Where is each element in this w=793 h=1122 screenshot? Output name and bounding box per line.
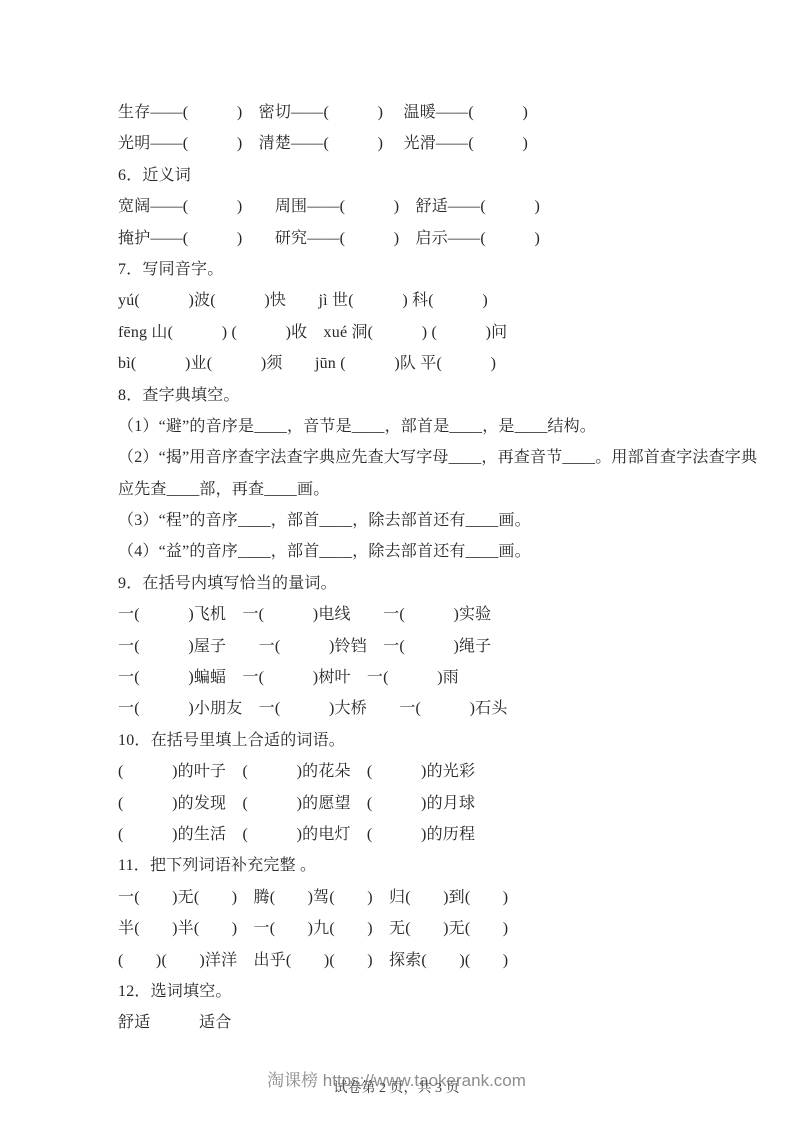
synonym-row: 宽阔——( ) 周围——( ) 舒适——( ) — [118, 191, 718, 222]
measure-word-row: 一( )飞机 一( )电线 一( )实验 — [118, 599, 718, 630]
question-11-idioms: 11．把下列词语补充完整 。 一( )无( ) 腾( )驾( ) 归( )到( … — [118, 850, 718, 976]
dictionary-item: （3）“程”的音序____，部首____，除去部首还有____画。 — [118, 505, 718, 536]
question-header: 11．把下列词语补充完整 。 — [118, 850, 718, 881]
question-header: 12．选词填空。 — [118, 976, 718, 1007]
question-7-homophones: 7．写同音字。 yú( )波( )快 jì 世( ) 科( ) fēng 山( … — [118, 254, 718, 380]
page-indicator: 试卷第 2 页，共 3 页 — [0, 1077, 793, 1097]
question-10-phrases: 10．在括号里填上合适的词语。 ( )的叶子 ( )的花朵 ( )的光彩 ( )… — [118, 725, 718, 851]
antonym-row: 生存——( ) 密切——( ) 温暖——( ) — [118, 97, 718, 128]
word-bank-row: 舒适 适合 — [118, 1007, 718, 1038]
dictionary-item: （1）“避”的音序是____，音节是____，部首是____，是____结构。 — [118, 411, 718, 442]
question-5-antonyms: 生存——( ) 密切——( ) 温暖——( ) 光明——( ) 清楚——( ) … — [118, 97, 718, 160]
question-8-dictionary: 8．查字典填空。 （1）“避”的音序是____，音节是____，部首是____，… — [118, 380, 718, 568]
dictionary-item: （4）“益”的音序____，部首____，除去部首还有____画。 — [118, 536, 718, 567]
homophone-row: bì( )业( )须 jūn ( )队 平( ) — [118, 348, 718, 379]
question-header: 8．查字典填空。 — [118, 380, 718, 411]
question-12-word-choice: 12．选词填空。 舒适 适合 — [118, 976, 718, 1039]
synonym-row: 掩护——( ) 研究——( ) 启示——( ) — [118, 223, 718, 254]
dictionary-item: （2）“揭”用音序查字法查字典应先查大写字母____，再查音节____。用部首查… — [118, 442, 718, 473]
homophone-row: yú( )波( )快 jì 世( ) 科( ) — [118, 285, 718, 316]
antonym-row: 光明——( ) 清楚——( ) 光滑——( ) — [118, 128, 718, 159]
question-9-measure-words: 9．在括号内填写恰当的量词。 一( )飞机 一( )电线 一( )实验 一( )… — [118, 568, 718, 725]
idiom-row: ( )( )洋洋 出乎( )( ) 探索( )( ) — [118, 945, 718, 976]
question-header: 9．在括号内填写恰当的量词。 — [118, 568, 718, 599]
question-header: 7．写同音字。 — [118, 254, 718, 285]
measure-word-row: 一( )蝙蝠 一( )树叶 一( )雨 — [118, 662, 718, 693]
question-6-synonyms: 6．近义词 宽阔——( ) 周围——( ) 舒适——( ) 掩护——( ) 研究… — [118, 160, 718, 254]
phrase-row: ( )的叶子 ( )的花朵 ( )的光彩 — [118, 756, 718, 787]
worksheet-page: 生存——( ) 密切——( ) 温暖——( ) 光明——( ) 清楚——( ) … — [0, 0, 793, 1122]
dictionary-item-continuation: 应先查____部，再查____画。 — [118, 474, 718, 505]
question-header: 6．近义词 — [118, 160, 718, 191]
idiom-row: 半( )半( ) 一( )九( ) 无( )无( ) — [118, 913, 718, 944]
measure-word-row: 一( )小朋友 一( )大桥 一( )石头 — [118, 693, 718, 724]
measure-word-row: 一( )屋子 一( )铃铛 一( )绳子 — [118, 631, 718, 662]
phrase-row: ( )的发现 ( )的愿望 ( )的月球 — [118, 788, 718, 819]
question-header: 10．在括号里填上合适的词语。 — [118, 725, 718, 756]
homophone-row: fēng 山( ) ( )收 xué 洞( ) ( )问 — [118, 317, 718, 348]
worksheet-content: 生存——( ) 密切——( ) 温暖——( ) 光明——( ) 清楚——( ) … — [118, 97, 718, 1039]
idiom-row: 一( )无( ) 腾( )驾( ) 归( )到( ) — [118, 882, 718, 913]
phrase-row: ( )的生活 ( )的电灯 ( )的历程 — [118, 819, 718, 850]
